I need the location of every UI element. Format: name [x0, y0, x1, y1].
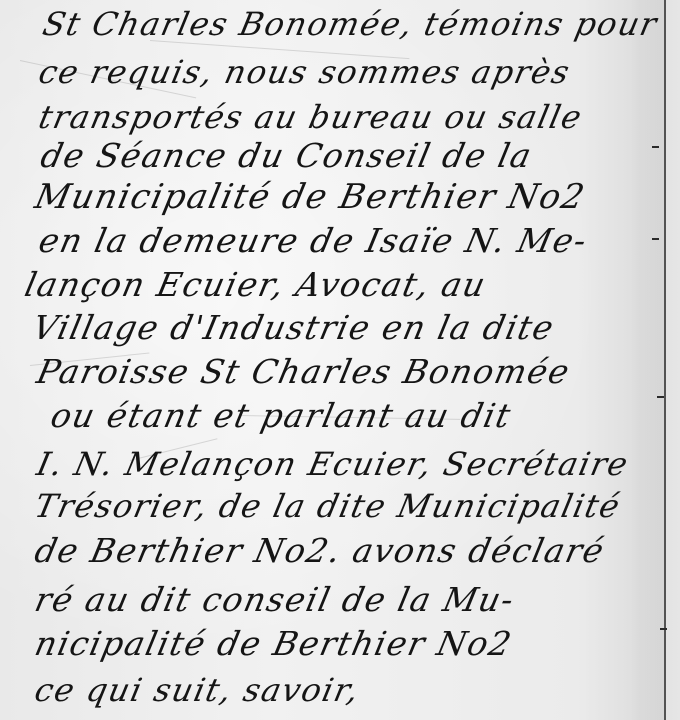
text-line: ou étant et parlant au dit [48, 399, 515, 432]
text-line: Paroisse St Charles Bonomée [34, 355, 573, 388]
margin-dash-mark [652, 146, 659, 148]
text-line: en la demeure de Isaïe N. Me- [36, 224, 591, 257]
text-line: Municipalité de Berthier No2 [32, 180, 589, 214]
text-line: ré au dit conseil de la Mu- [32, 583, 518, 616]
text-line: nicipalité de Berthier No2 [32, 627, 515, 660]
text-line: I. N. Melançon Ecuier, Secrétaire [34, 448, 632, 480]
right-margin-rule [664, 0, 666, 720]
text-line: de Séance du Conseil de la [38, 139, 535, 172]
text-line: Village d'Industrie en la dite [30, 311, 558, 344]
manuscript-page: St Charles Bonomée, témoins pour ce requ… [0, 0, 680, 720]
text-line: St Charles Bonomée, témoins pour [40, 8, 661, 40]
page-gutter-shadow [630, 0, 664, 720]
text-line: Trésorier, de la dite Municipalité [32, 490, 624, 522]
margin-dash-mark [657, 396, 664, 398]
text-line: ce qui suit, savoir, [32, 674, 363, 706]
margin-dash-mark [660, 628, 667, 630]
text-line: ce requis, nous sommes après [36, 56, 573, 88]
text-line: lançon Ecuier, Avocat, au [22, 268, 489, 301]
text-line: transportés au bureau ou salle [36, 101, 586, 133]
margin-dash-mark [652, 238, 659, 240]
text-line: de Berthier No2. avons déclaré [32, 534, 608, 567]
